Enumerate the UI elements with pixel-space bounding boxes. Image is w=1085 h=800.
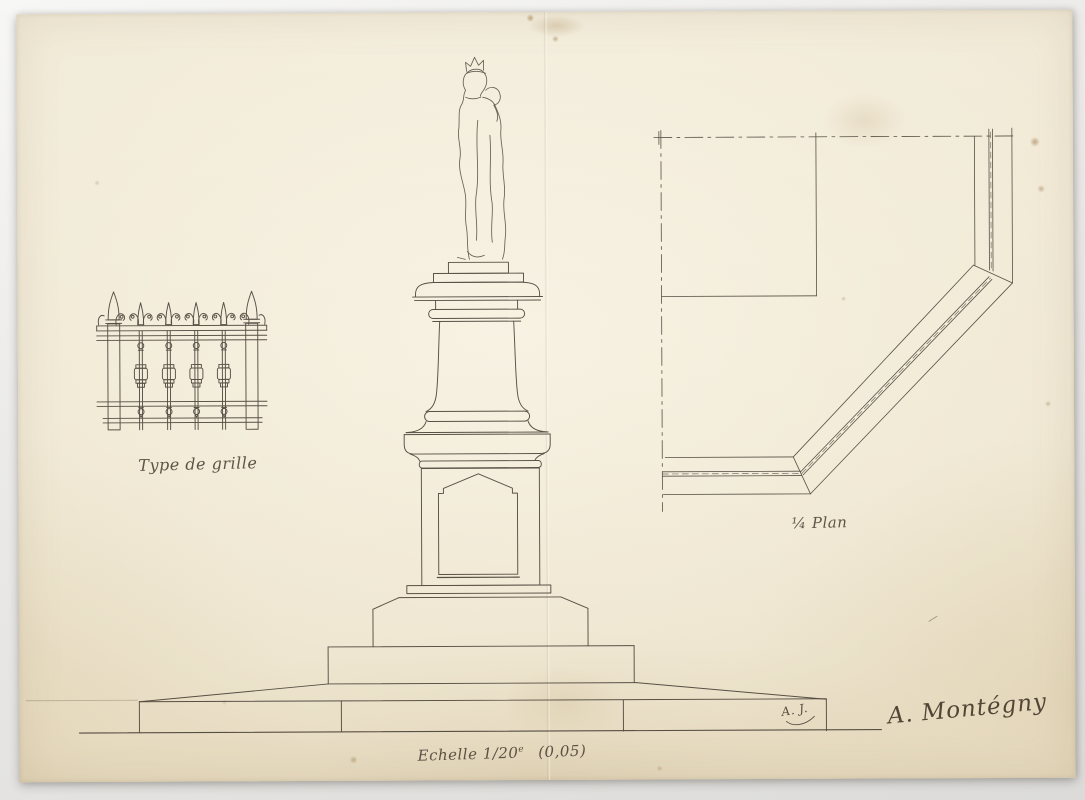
grille-caption: Type de grille xyxy=(138,453,257,475)
statue-sketch xyxy=(457,57,506,259)
photo-backdrop: Type de grille ¼ Plan Echelle 1/20e(0,05… xyxy=(0,0,1085,800)
scale-module: (0,05) xyxy=(538,742,587,761)
plan-axes xyxy=(654,129,1017,512)
scale-ratio: Echelle 1/20 xyxy=(417,744,518,765)
plan-pedestal-footprint xyxy=(661,133,817,297)
architectural-drawing xyxy=(16,10,1075,783)
pedestal xyxy=(403,262,550,586)
monument-elevation xyxy=(24,55,938,734)
scale-exponent: e xyxy=(518,745,524,755)
drawing-sheet: Type de grille ¼ Plan Echelle 1/20e(0,05… xyxy=(16,10,1075,783)
quarter-plan-caption: ¼ Plan xyxy=(791,513,847,532)
quarter-plan xyxy=(654,128,1017,512)
plan-grille-enclosure xyxy=(661,128,1014,495)
grille-elevation xyxy=(97,291,268,430)
